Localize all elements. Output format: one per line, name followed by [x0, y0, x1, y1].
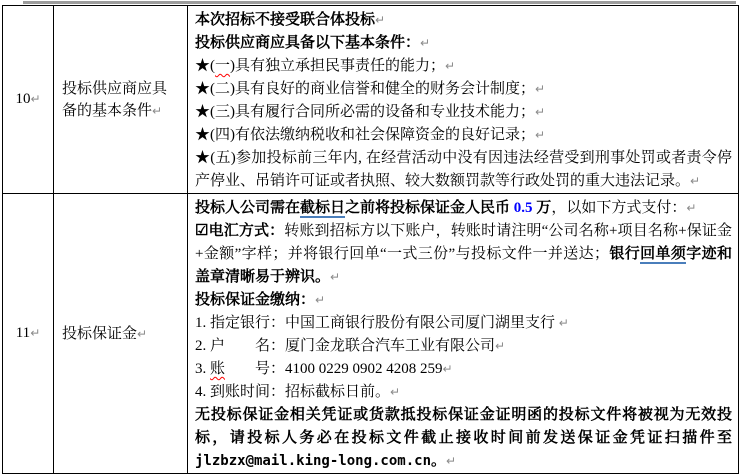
paragraph: 4. 到账时间：招标截标日前。↵ — [195, 381, 732, 404]
paragraph-mark: ↵ — [690, 174, 700, 188]
paragraph-mark: ↵ — [445, 59, 455, 73]
text-run: 投标供应商应具备以下基本条件： — [195, 35, 420, 51]
row11-number-cell: 11↵ — [3, 194, 54, 474]
grammar-flagged-text: 截标日 — [300, 200, 345, 218]
paragraph-mark: ↵ — [535, 105, 545, 119]
text-run: 3. — [195, 361, 210, 377]
paragraph: 1. 指定银行：中国工商银行股份有限公司厦门湖里支行 ↵ — [195, 312, 732, 335]
paragraph: 投标人公司需在截标日之前将投标保证金人民币 0.5 万，以如下方式支付：↵ — [195, 197, 732, 220]
account-number: 号：4100 0229 0902 4208 259 — [225, 361, 443, 377]
account-name: 2. 户 名：厦门金龙联合汽车工业有限公司 — [195, 338, 495, 354]
tender-conditions-table: 10↵ 投标供应商应具备的基本条件↵ 本次招标不接受联合体投标↵ 投标供应商应具… — [2, 5, 739, 474]
checkbox-checked-icon: ☑ — [195, 223, 208, 239]
text-run: 万 — [533, 200, 552, 216]
paragraph-mark: ↵ — [443, 362, 453, 376]
spellcheck-flagged-text: 一 — [215, 58, 230, 74]
document-page: 10↵ 投标供应商应具备的基本条件↵ 本次招标不接受联合体投标↵ 投标供应商应具… — [0, 0, 743, 474]
paragraph: 3. 账 号：4100 0229 0902 4208 259↵ — [195, 358, 732, 381]
deposit-amount: 0.5 — [514, 200, 533, 216]
row11-content-cell: 投标人公司需在截标日之前将投标保证金人民币 0.5 万，以如下方式支付：↵ ☑电… — [188, 194, 739, 474]
paragraph-mark: ↵ — [420, 36, 430, 50]
paragraph-mark: ↵ — [495, 339, 505, 353]
row10-number: 10 — [15, 91, 30, 107]
text-run: 无投标保证金相关凭证或货款抵投标保证金证明函的投标文件将被视为无效投标，请投标人… — [195, 407, 732, 446]
paragraph-mark: ↵ — [535, 82, 545, 96]
paragraph-mark: ↵ — [315, 293, 325, 307]
paragraph: 投标供应商应具备以下基本条件：↵ — [195, 32, 732, 55]
row11-label: 投标保证金 — [62, 326, 137, 342]
paragraph-mark: ↵ — [137, 327, 147, 341]
star-icon-text-run: ★( — [195, 58, 215, 74]
text-run: 投标保证金缴纳： — [195, 292, 315, 308]
row11-number: 11 — [16, 325, 30, 341]
paragraph: 无投标保证金相关凭证或货款抵投标保证金证明函的投标文件将被视为无效投标，请投标人… — [195, 404, 732, 473]
row10-label-cell: 投标供应商应具备的基本条件↵ — [54, 6, 188, 194]
paragraph-mark: ↵ — [375, 13, 385, 27]
bank-name: 1. 指定银行：中国工商银行股份有限公司厦门湖里支行 — [195, 315, 559, 331]
paragraph: 本次招标不接受联合体投标↵ — [195, 9, 732, 32]
text-run: 4. 到账时间：招标截标日前。 — [195, 384, 390, 400]
text-run: 银行 — [609, 246, 640, 262]
row11-label-paragraph: 投标保证金↵ — [62, 323, 181, 345]
text-run: 。 — [431, 453, 446, 469]
text-run: ★(二)具有良好的商业信誉和健全的财务会计制度； — [195, 81, 535, 97]
row10-content-cell: 本次招标不接受联合体投标↵ 投标供应商应具备以下基本条件：↵ ★(一)具有独立承… — [188, 6, 739, 194]
paragraph-mark: ↵ — [30, 92, 40, 106]
email-address: jlzbzx@mail.king-long.com.cn — [195, 453, 431, 469]
previous-row-border-shadow — [23, 1, 736, 4]
paragraph-mark: ↵ — [30, 326, 40, 340]
row11-label-cell: 投标保证金↵ — [54, 194, 188, 474]
paragraph-mark: ↵ — [152, 104, 162, 118]
paragraph: ★(一)具有独立承担民事责任的能力；↵ — [195, 55, 732, 78]
text-run: 本次招标不接受联合体投标 — [195, 12, 375, 28]
paragraph-mark: ↵ — [559, 316, 569, 330]
paragraph-mark: ↵ — [390, 385, 400, 399]
text-run: ★(三)具有履行合同所必需的设备和专业技术能力； — [195, 104, 535, 120]
table-row-10: 10↵ 投标供应商应具备的基本条件↵ 本次招标不接受联合体投标↵ 投标供应商应具… — [3, 6, 739, 194]
paragraph-mark: ↵ — [686, 201, 696, 215]
text-run: ★(四)有依法缴纳税收和社会保障资金的良好记录； — [195, 127, 535, 143]
text-run: 之前将投标保证金人民币 — [345, 200, 514, 216]
paragraph: ☑电汇方式：转账到招标方以下账户，转账时请注明“公司名称+项目名称+保证金+金额… — [195, 220, 732, 289]
paragraph-mark: ↵ — [535, 128, 545, 142]
row10-label-paragraph: 投标供应商应具备的基本条件↵ — [62, 78, 181, 122]
table-row-11: 11↵ 投标保证金↵ 投标人公司需在截标日之前将投标保证金人民币 0.5 万，以… — [3, 194, 739, 474]
paragraph: ★(四)有依法缴纳税收和社会保障资金的良好记录；↵ — [195, 124, 732, 147]
paragraph-mark: ↵ — [330, 270, 340, 284]
text-run: 电汇方式： — [208, 223, 284, 239]
spellcheck-flagged-text: 账 — [210, 361, 225, 377]
text-run: ★(五)参加投标前三年内, 在经营活动中没有因违法经营受到刑事处罚或者责令停产停… — [195, 150, 732, 189]
row10-number-cell: 10↵ — [3, 6, 54, 194]
paragraph: 2. 户 名：厦门金龙联合汽车工业有限公司↵ — [195, 335, 732, 358]
paragraph: ★(五)参加投标前三年内, 在经营活动中没有因违法经营受到刑事处罚或者责令停产停… — [195, 147, 732, 193]
paragraph: ★(三)具有履行合同所必需的设备和专业技术能力；↵ — [195, 101, 732, 124]
paragraph: ★(二)具有良好的商业信誉和健全的财务会计制度；↵ — [195, 78, 732, 101]
paragraph: 投标保证金缴纳：↵ — [195, 289, 732, 312]
grammar-flagged-text: 回单须 — [640, 246, 686, 264]
text-run: ，以如下方式支付： — [551, 200, 686, 216]
text-run: )具有独立承担民事责任的能力； — [230, 58, 445, 74]
text-run: 投标人公司需在 — [195, 200, 300, 216]
paragraph-mark: ↵ — [446, 454, 456, 468]
